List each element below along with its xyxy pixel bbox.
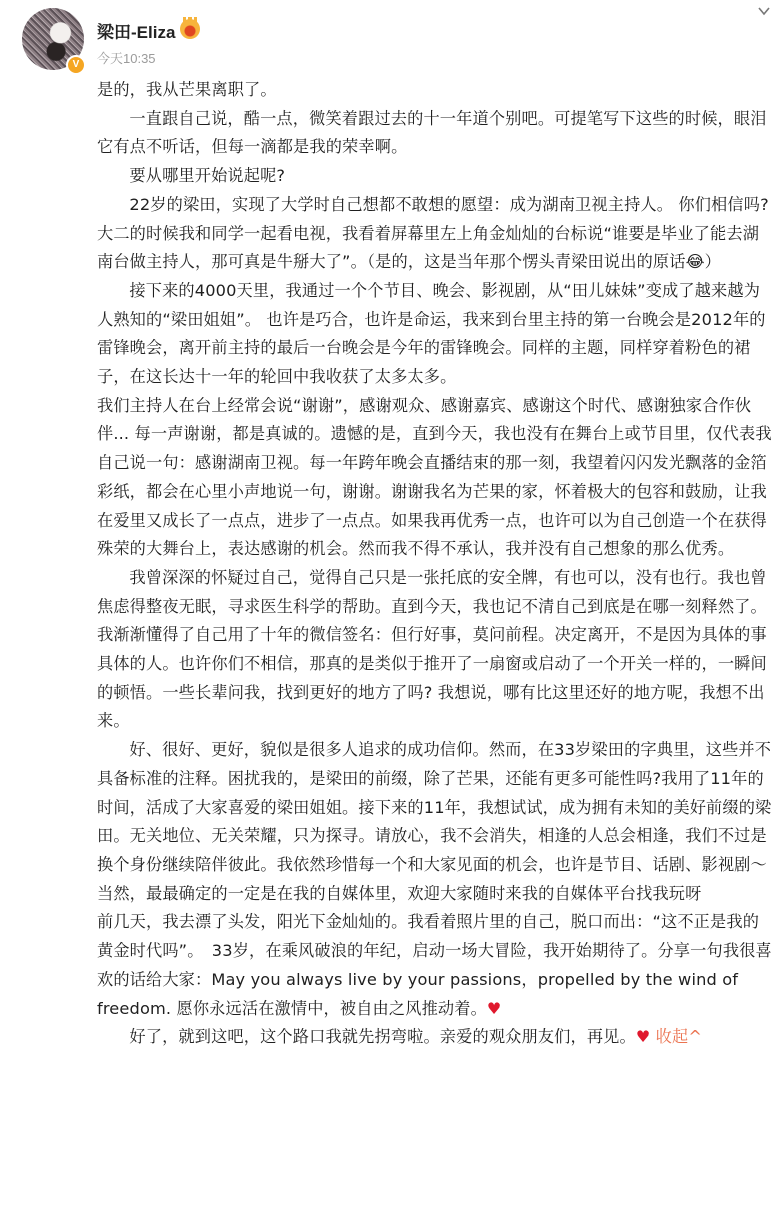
paragraph: 22岁的梁田，实现了大学时自己想都不敢想的愿望：成为湖南卫视主持人。 你们相信吗… xyxy=(97,191,772,277)
heart-icon: ♥ xyxy=(636,1027,651,1046)
chevron-down-icon[interactable] xyxy=(757,4,771,18)
paragraph: 好、很好、更好，貌似是很多人追求的成功信仰。然而，在33岁梁田的字典里，这些并不… xyxy=(97,736,772,908)
post-header: V 梁田-Eliza 今天10:35 xyxy=(0,0,780,72)
paragraph-with-heart: 前几天，我去漂了头发，阳光下金灿灿的。我看着照片里的自己，脱口而出：“这不正是我… xyxy=(97,908,772,1023)
crown-member-icon xyxy=(180,19,200,39)
paragraph-text: 好了，就到这吧，这个路口我就先拐弯啦。亲爱的观众朋友们，再见。 xyxy=(129,1027,635,1046)
post-body: 是的，我从芒果离职了。 一直跟自己说，酷一点，微笑着跟过去的十一年道个别吧。可提… xyxy=(97,76,772,1052)
heart-icon: ♥ xyxy=(487,999,502,1018)
verified-badge-icon: V xyxy=(66,55,86,75)
paragraph: 一直跟自己说，酷一点，微笑着跟过去的十一年道个别吧。可提笔写下这些的时候，眼泪它… xyxy=(97,105,772,162)
paragraph-last: 好了，就到这吧，这个路口我就先拐弯啦。亲爱的观众朋友们，再见。♥ 收起^ xyxy=(97,1023,772,1052)
paragraph: 我们主持人在台上经常会说“谢谢”，感谢观众、感谢嘉宾、感谢这个时代、感谢独家合作… xyxy=(97,392,772,564)
paragraph: 我曾深深的怀疑过自己，觉得自己只是一张托底的安全牌，有也可以，没有也行。我也曾焦… xyxy=(97,564,772,736)
author-name[interactable]: 梁田-Eliza xyxy=(97,18,175,43)
paragraph: 接下来的4000天里，我通过一个个节目、晚会、影视剧，从“田儿妹妹”变成了越来越… xyxy=(97,277,772,392)
post-timestamp: 今天10:35 xyxy=(97,48,156,67)
collapse-button[interactable]: 收起^ xyxy=(656,1027,702,1046)
paragraph: 是的，我从芒果离职了。 xyxy=(97,76,772,105)
paragraph: 要从哪里开始说起呢? xyxy=(97,162,772,191)
paragraph-text: 前几天，我去漂了头发，阳光下金灿灿的。我看着照片里的自己，脱口而出：“这不正是我… xyxy=(97,912,772,1017)
